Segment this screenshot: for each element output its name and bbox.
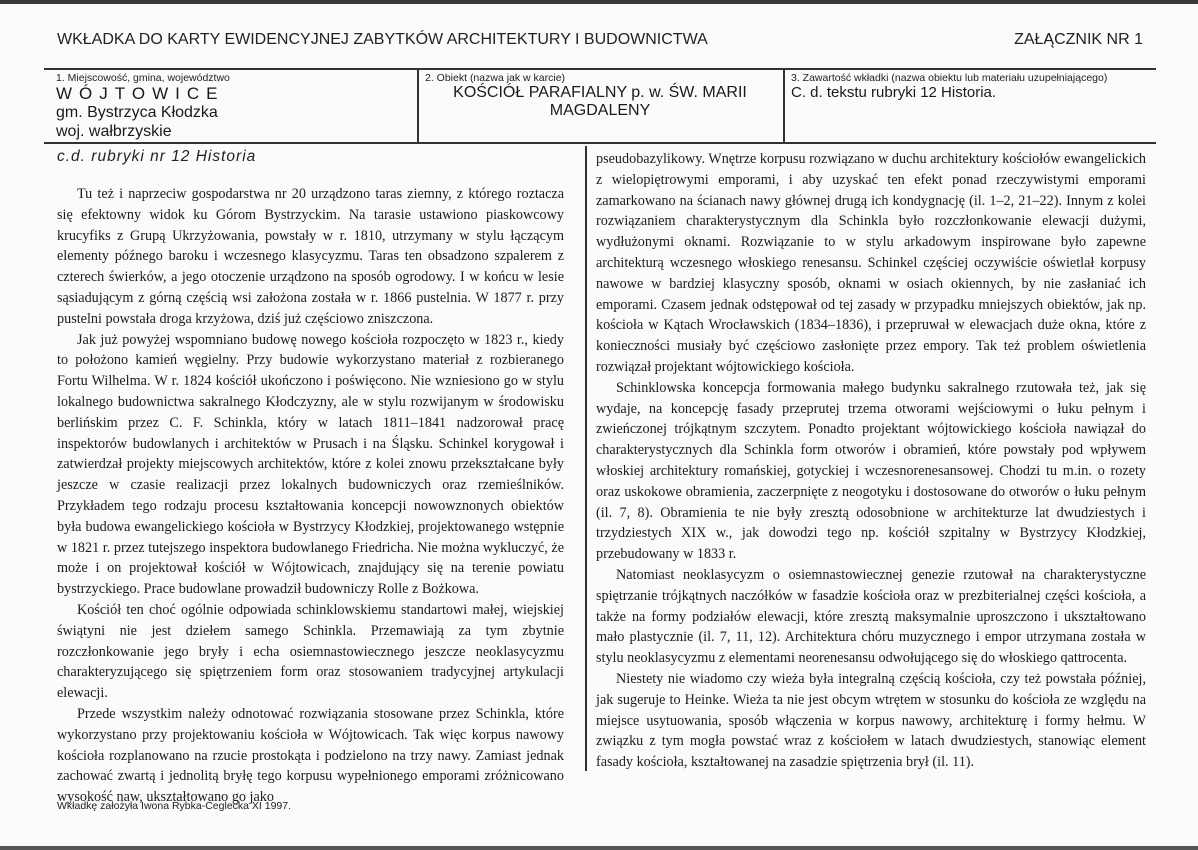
scan-edge-top bbox=[0, 0, 1198, 4]
contents-value: C. d. tekstu rubryki 12 Historia. bbox=[791, 84, 1156, 102]
object-label: 2. Obiekt (nazwa jak w karcie) bbox=[425, 72, 783, 84]
paragraph: Jak już powyżej wspomniano budowę nowego… bbox=[57, 330, 564, 600]
contents-cell: 3. Zawartość wkładki (nazwa obiektu lub … bbox=[783, 70, 1156, 142]
paragraph: Schinklowska koncepcja formowania małego… bbox=[596, 378, 1146, 565]
object-name-line1: KOŚCIÓŁ PARAFIALNY p. w. ŚW. MARII bbox=[425, 84, 783, 102]
right-column: pseudobazylikowy. Wnętrze korpusu rozwią… bbox=[596, 149, 1146, 773]
paragraph-continuation: pseudobazylikowy. Wnętrze korpusu rozwią… bbox=[596, 149, 1146, 378]
author-footer: Wkładkę założyła Iwona Rybka-Ceglecka XI… bbox=[57, 800, 291, 812]
section-label: c.d. rubryki nr 12 Historia bbox=[57, 148, 256, 166]
info-table: 1. Miejscowość, gmina, województwo WÓJTO… bbox=[44, 68, 1156, 144]
column-divider bbox=[585, 146, 587, 771]
left-column: Tu też i naprzeciw gospodarstwa nr 20 ur… bbox=[57, 184, 564, 808]
location-label: 1. Miejscowość, gmina, województwo bbox=[56, 72, 417, 84]
scan-edge-bottom bbox=[0, 846, 1198, 850]
annex-label: ZAŁĄCZNIK NR 1 bbox=[1014, 31, 1143, 49]
commune: gm. Bystrzyca Kłodzka bbox=[56, 103, 417, 122]
paragraph: Przede wszystkim należy odnotować rozwią… bbox=[57, 704, 564, 808]
document-title: WKŁADKA DO KARTY EWIDENCYJNEJ ZABYTKÓW A… bbox=[57, 31, 708, 49]
contents-label: 3. Zawartość wkładki (nazwa obiektu lub … bbox=[791, 72, 1156, 84]
object-name-line2: MAGDALENY bbox=[425, 102, 783, 120]
place-name: WÓJTOWICE bbox=[56, 84, 417, 103]
voivodeship: woj. wałbrzyskie bbox=[56, 122, 417, 141]
location-cell: 1. Miejscowość, gmina, województwo WÓJTO… bbox=[44, 70, 417, 142]
paragraph: Kościół ten choć ogólnie odpowiada schin… bbox=[57, 600, 564, 704]
document-page: WKŁADKA DO KARTY EWIDENCYJNEJ ZABYTKÓW A… bbox=[0, 0, 1198, 850]
paragraph: Niestety nie wiadomo czy wieża była inte… bbox=[596, 669, 1146, 773]
object-cell: 2. Obiekt (nazwa jak w karcie) KOŚCIÓŁ P… bbox=[417, 70, 783, 142]
paragraph: Natomiast neoklasycyzm o osiemnastowiecz… bbox=[596, 565, 1146, 669]
paragraph: Tu też i naprzeciw gospodarstwa nr 20 ur… bbox=[57, 184, 564, 330]
